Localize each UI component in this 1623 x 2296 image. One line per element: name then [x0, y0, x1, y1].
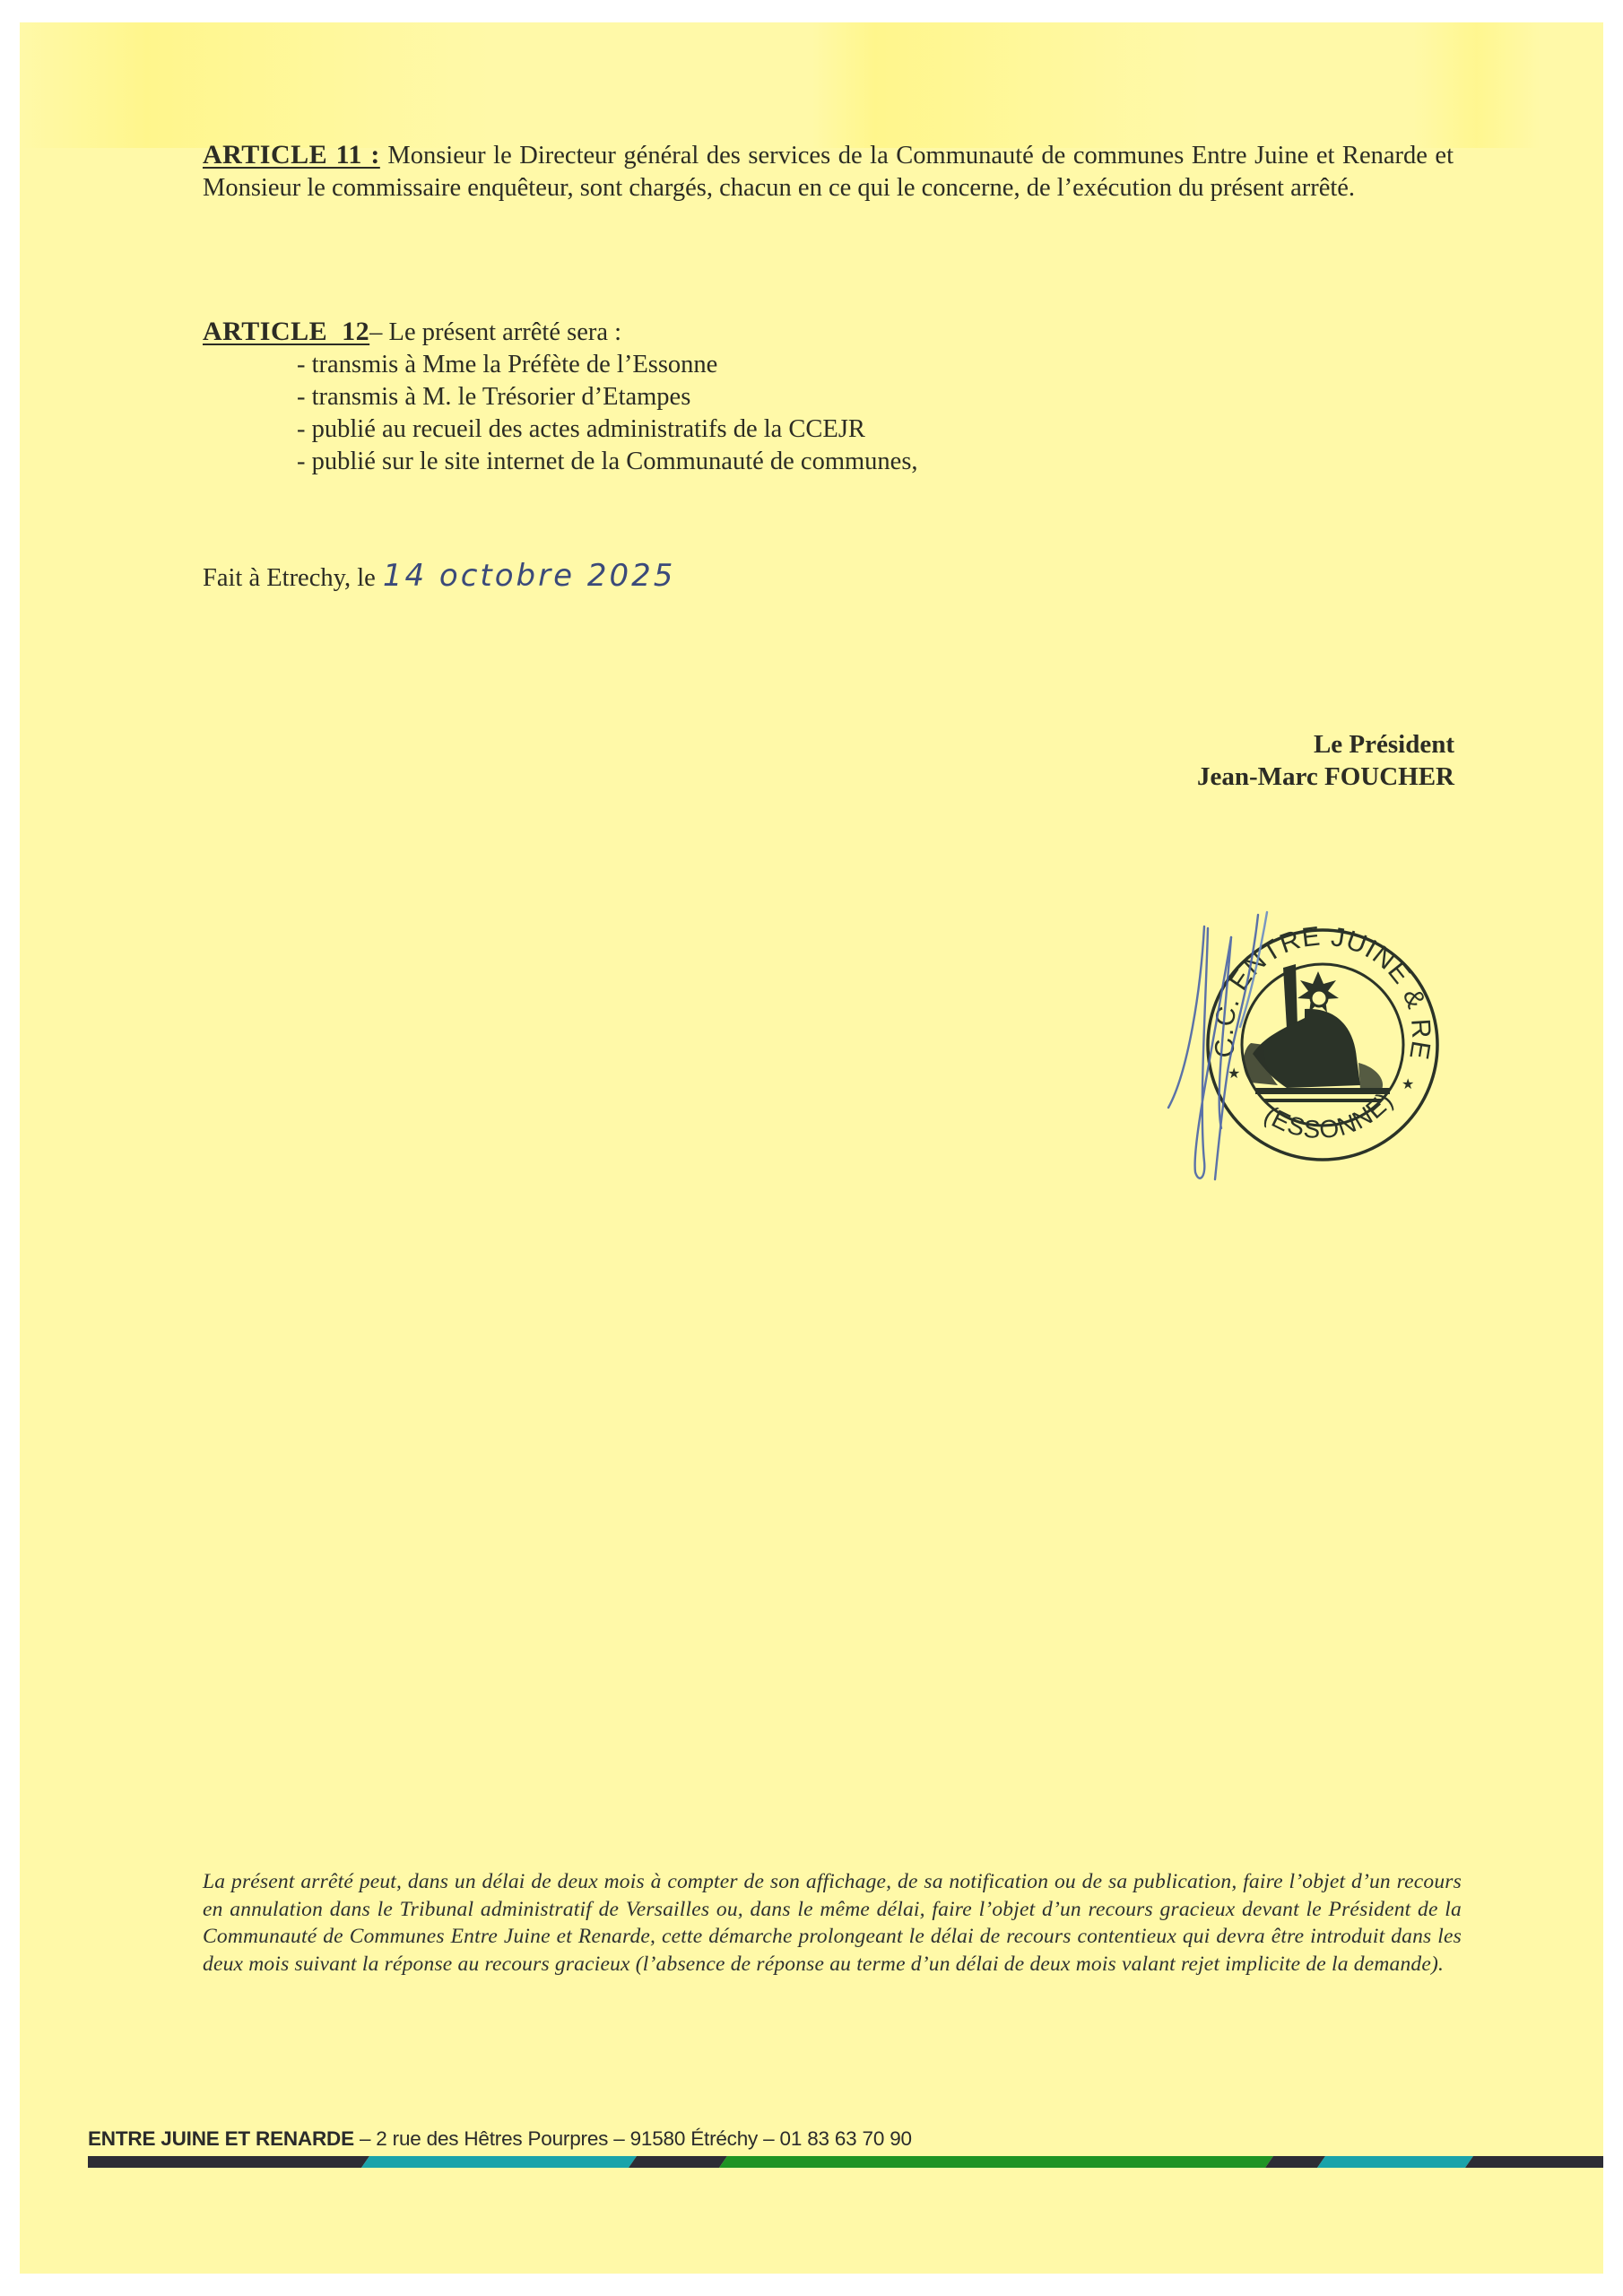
article-12: ARTICLE 12– Le présent arrêté sera : - t… — [203, 316, 1099, 478]
svg-text:(ESSONNE): (ESSONNE) — [1259, 1086, 1398, 1144]
footer-color-bar — [88, 2156, 1603, 2168]
place-and-date: Fait à Etrechy, le14 octobre 2025 — [203, 558, 675, 594]
list-item: - publié au recueil des actes administra… — [297, 413, 1099, 446]
official-seal-icon: C.C. ENTRE JUINE & RENARDE (ESSONNE) ★ ★ — [1152, 892, 1457, 1202]
article-11: ARTICLE 11 : Monsieur le Directeur génér… — [203, 139, 1454, 204]
place-prefix: Fait à Etrechy, le — [203, 564, 376, 592]
legal-notice: La présent arrêté peut, dans un délai de… — [203, 1868, 1462, 1978]
svg-text:★: ★ — [1228, 1066, 1240, 1082]
list-item: - transmis à Mme la Préfète de l’Essonne — [297, 349, 1099, 381]
seal-and-signature: C.C. ENTRE JUINE & RENARDE (ESSONNE) ★ ★ — [1152, 892, 1457, 1202]
footer-address-text: – 2 rue des Hêtres Pourpres – 91580 Étré… — [354, 2127, 912, 2150]
footer-organization: ENTRE JUINE ET RENARDE — [88, 2127, 354, 2150]
signatory-block: Le Président Jean-Marc FOUCHER — [1197, 728, 1454, 793]
list-item: - transmis à M. le Trésorier d’Etampes — [297, 381, 1099, 413]
article-12-label: ARTICLE 12 — [203, 317, 369, 346]
article-11-label: ARTICLE 11 : — [203, 140, 380, 170]
signatory-title: Le Président — [1197, 728, 1454, 761]
article-12-intro: – Le présent arrêté sera : — [369, 318, 621, 346]
handwritten-date: 14 octobre 2025 — [383, 558, 676, 594]
svg-text:★: ★ — [1402, 1077, 1414, 1092]
list-item: - publié sur le site internet de la Comm… — [297, 446, 1099, 478]
footer-address: ENTRE JUINE ET RENARDE – 2 rue des Hêtre… — [88, 2127, 912, 2151]
signatory-name: Jean-Marc FOUCHER — [1197, 761, 1454, 793]
article-11-text: Monsieur le Directeur général des servic… — [203, 142, 1454, 202]
distribution-list: - transmis à Mme la Préfète de l’Essonne… — [203, 349, 1099, 478]
legal-notice-text: La présent arrêté peut, dans un délai de… — [203, 1868, 1462, 1978]
seal-bottom-text: (ESSONNE) — [1259, 1086, 1398, 1144]
